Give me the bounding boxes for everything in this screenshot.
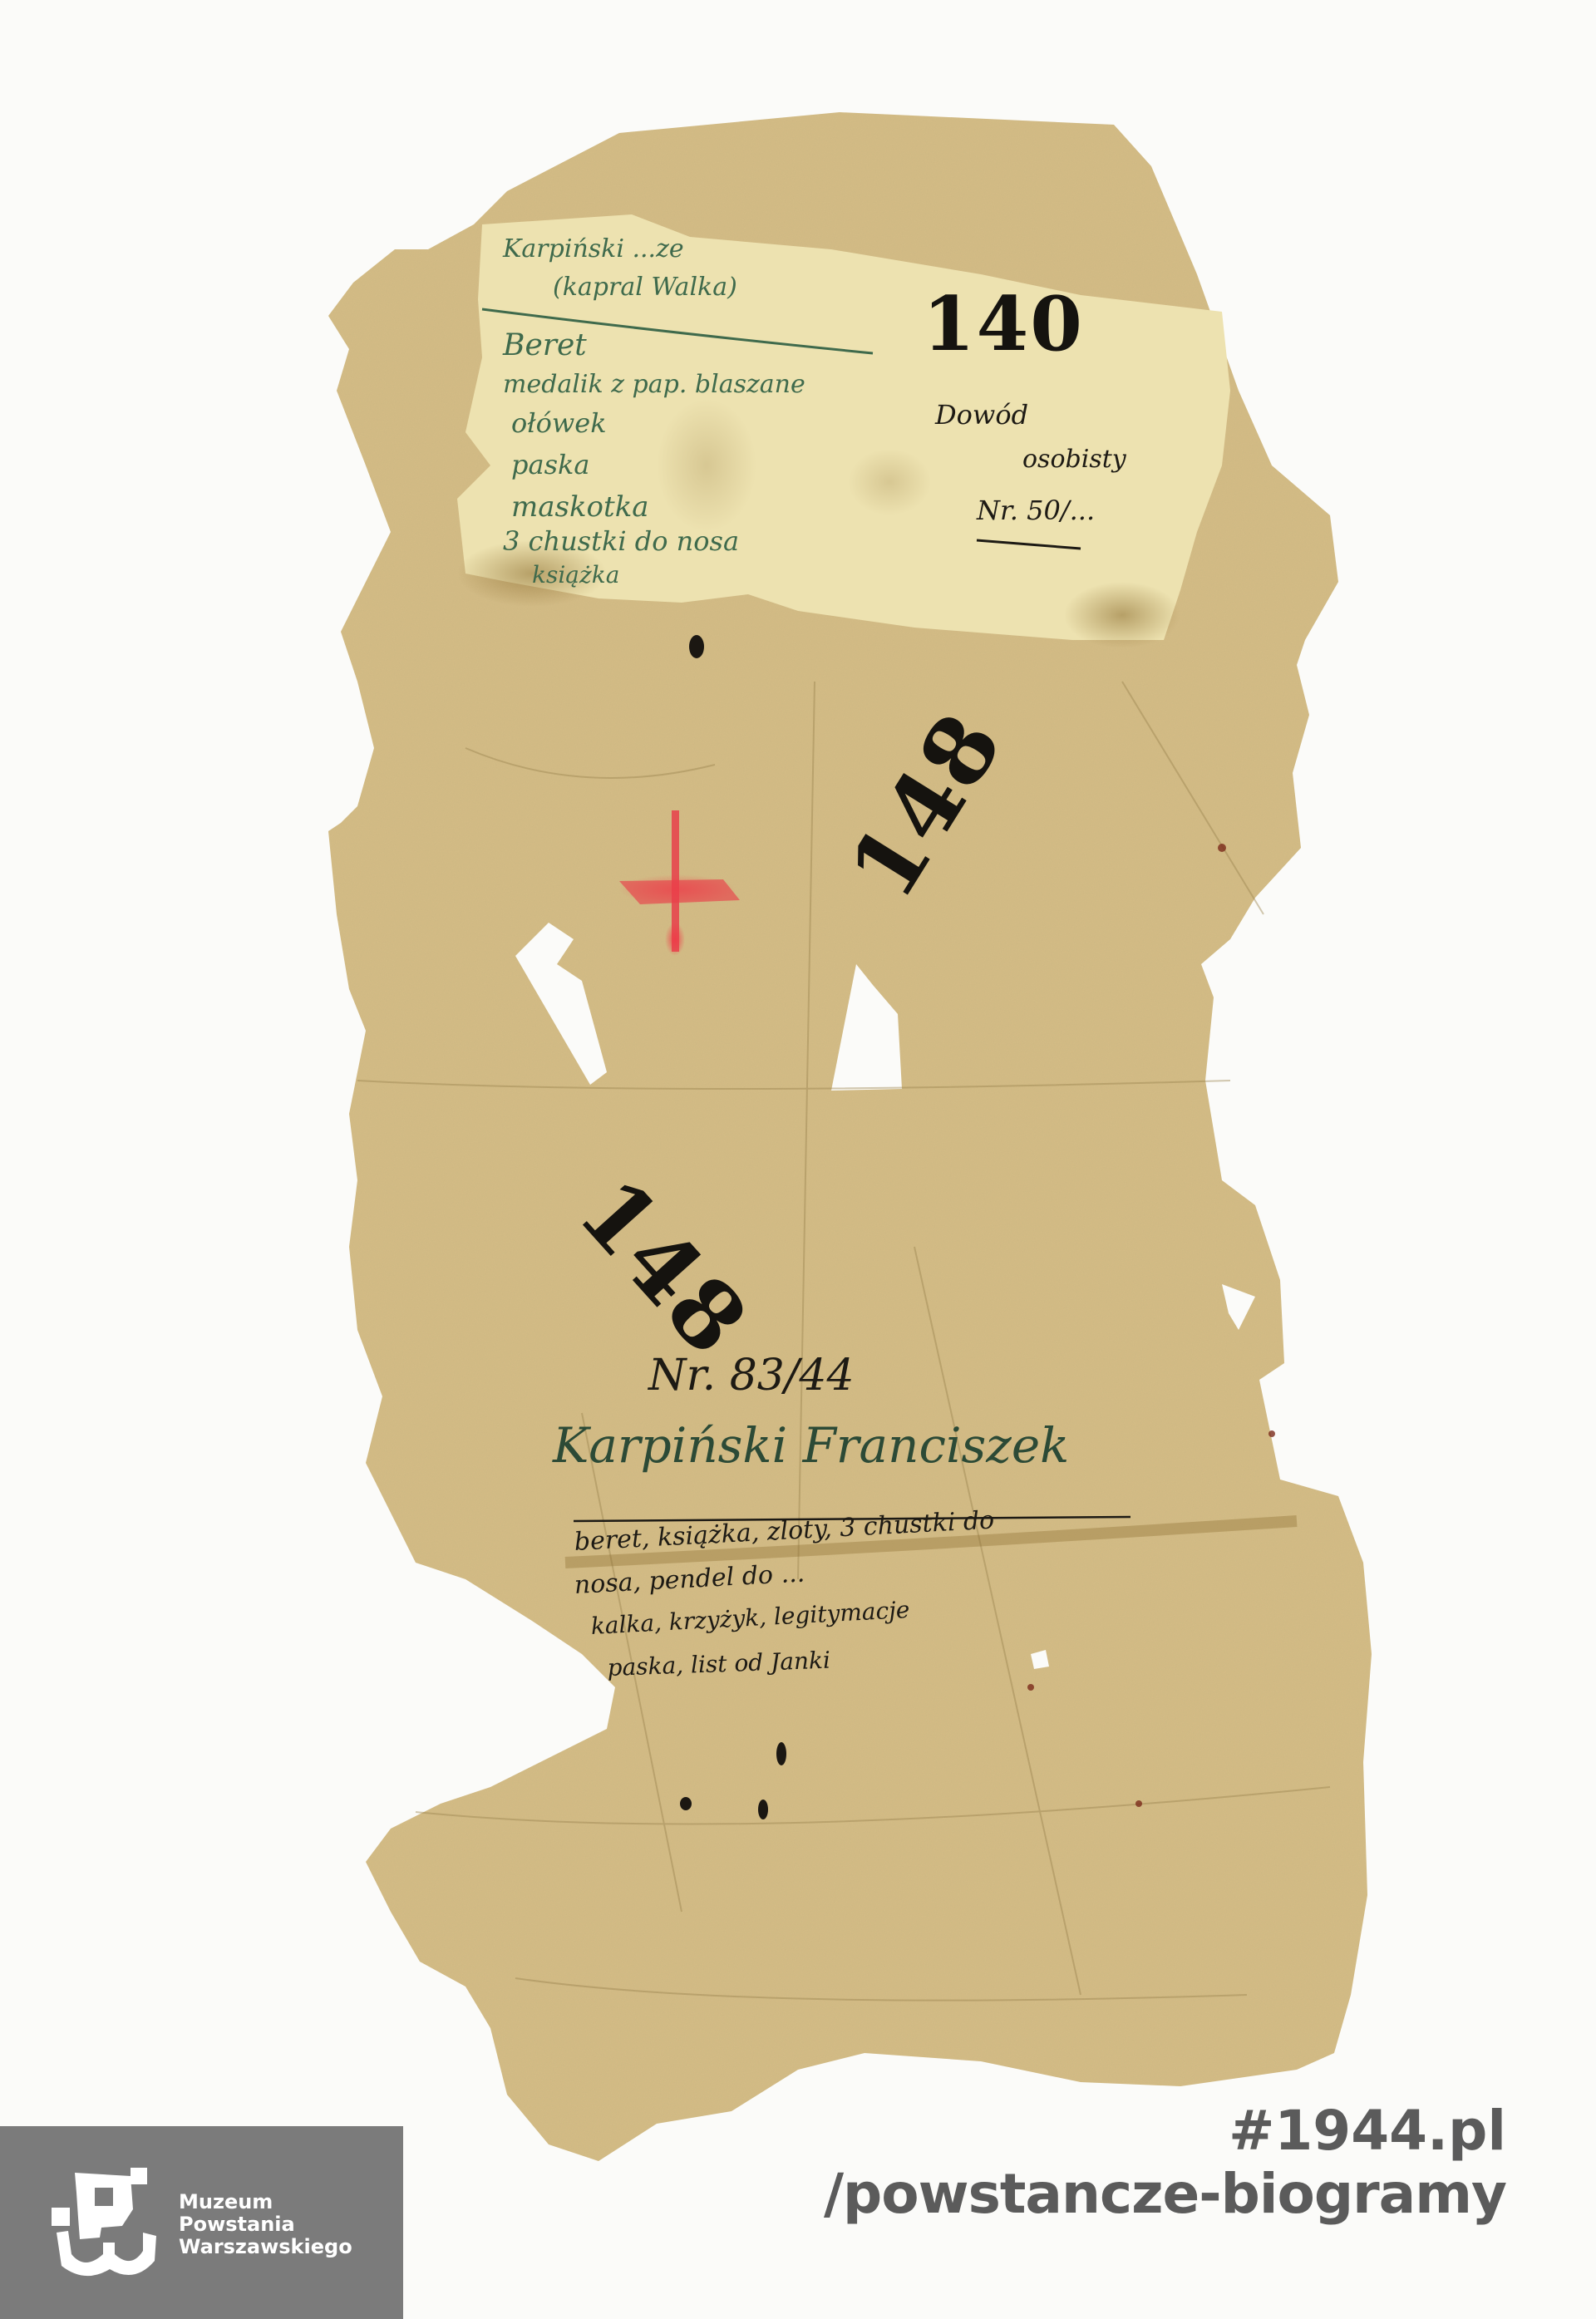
- id-note-line: osobisty: [1022, 445, 1126, 474]
- watermark-hashtag: #1944.pl: [824, 2100, 1506, 2163]
- stamp-number-top: 140: [923, 287, 1084, 362]
- label-pseudonym-line: (kapral Walka): [553, 273, 737, 302]
- label-item: maskotka: [511, 490, 649, 524]
- label-item: medalik z pap. blaszane: [503, 370, 805, 399]
- label-item: Beret: [503, 328, 587, 362]
- museum-name-line: Muzeum: [179, 2191, 352, 2213]
- id-note-line: Nr. 50/...: [977, 495, 1095, 526]
- label-name-line: Karpiński ...ze: [503, 234, 684, 263]
- museum-name: Muzeum Powstania Warszawskiego: [179, 2191, 352, 2258]
- museum-logo-block[interactable]: Muzeum Powstania Warszawskiego: [0, 2126, 403, 2319]
- kotwica-anchor-icon: [52, 2168, 161, 2280]
- label-item: 3 chustki do nosa: [503, 525, 739, 557]
- paper-sheet: [0, 0, 1596, 2319]
- museum-name-line: Powstania: [179, 2213, 352, 2236]
- label-item: paska: [511, 449, 589, 480]
- owner-name: Karpiński Franciszek: [553, 1417, 1069, 1474]
- id-note-line: Dowód: [935, 399, 1028, 431]
- watermark-path: /powstancze-biogramy: [824, 2163, 1506, 2226]
- scanned-document: Karpiński ...ze (kapral Walka) Beret med…: [0, 0, 1596, 2319]
- museum-name-line: Warszawskiego: [179, 2236, 352, 2258]
- source-watermark[interactable]: #1944.pl /powstancze-biogramy: [824, 2100, 1506, 2226]
- label-item: ołówek: [511, 407, 607, 439]
- record-number: Nr. 83/44: [648, 1351, 855, 1401]
- label-item: książka: [532, 561, 619, 588]
